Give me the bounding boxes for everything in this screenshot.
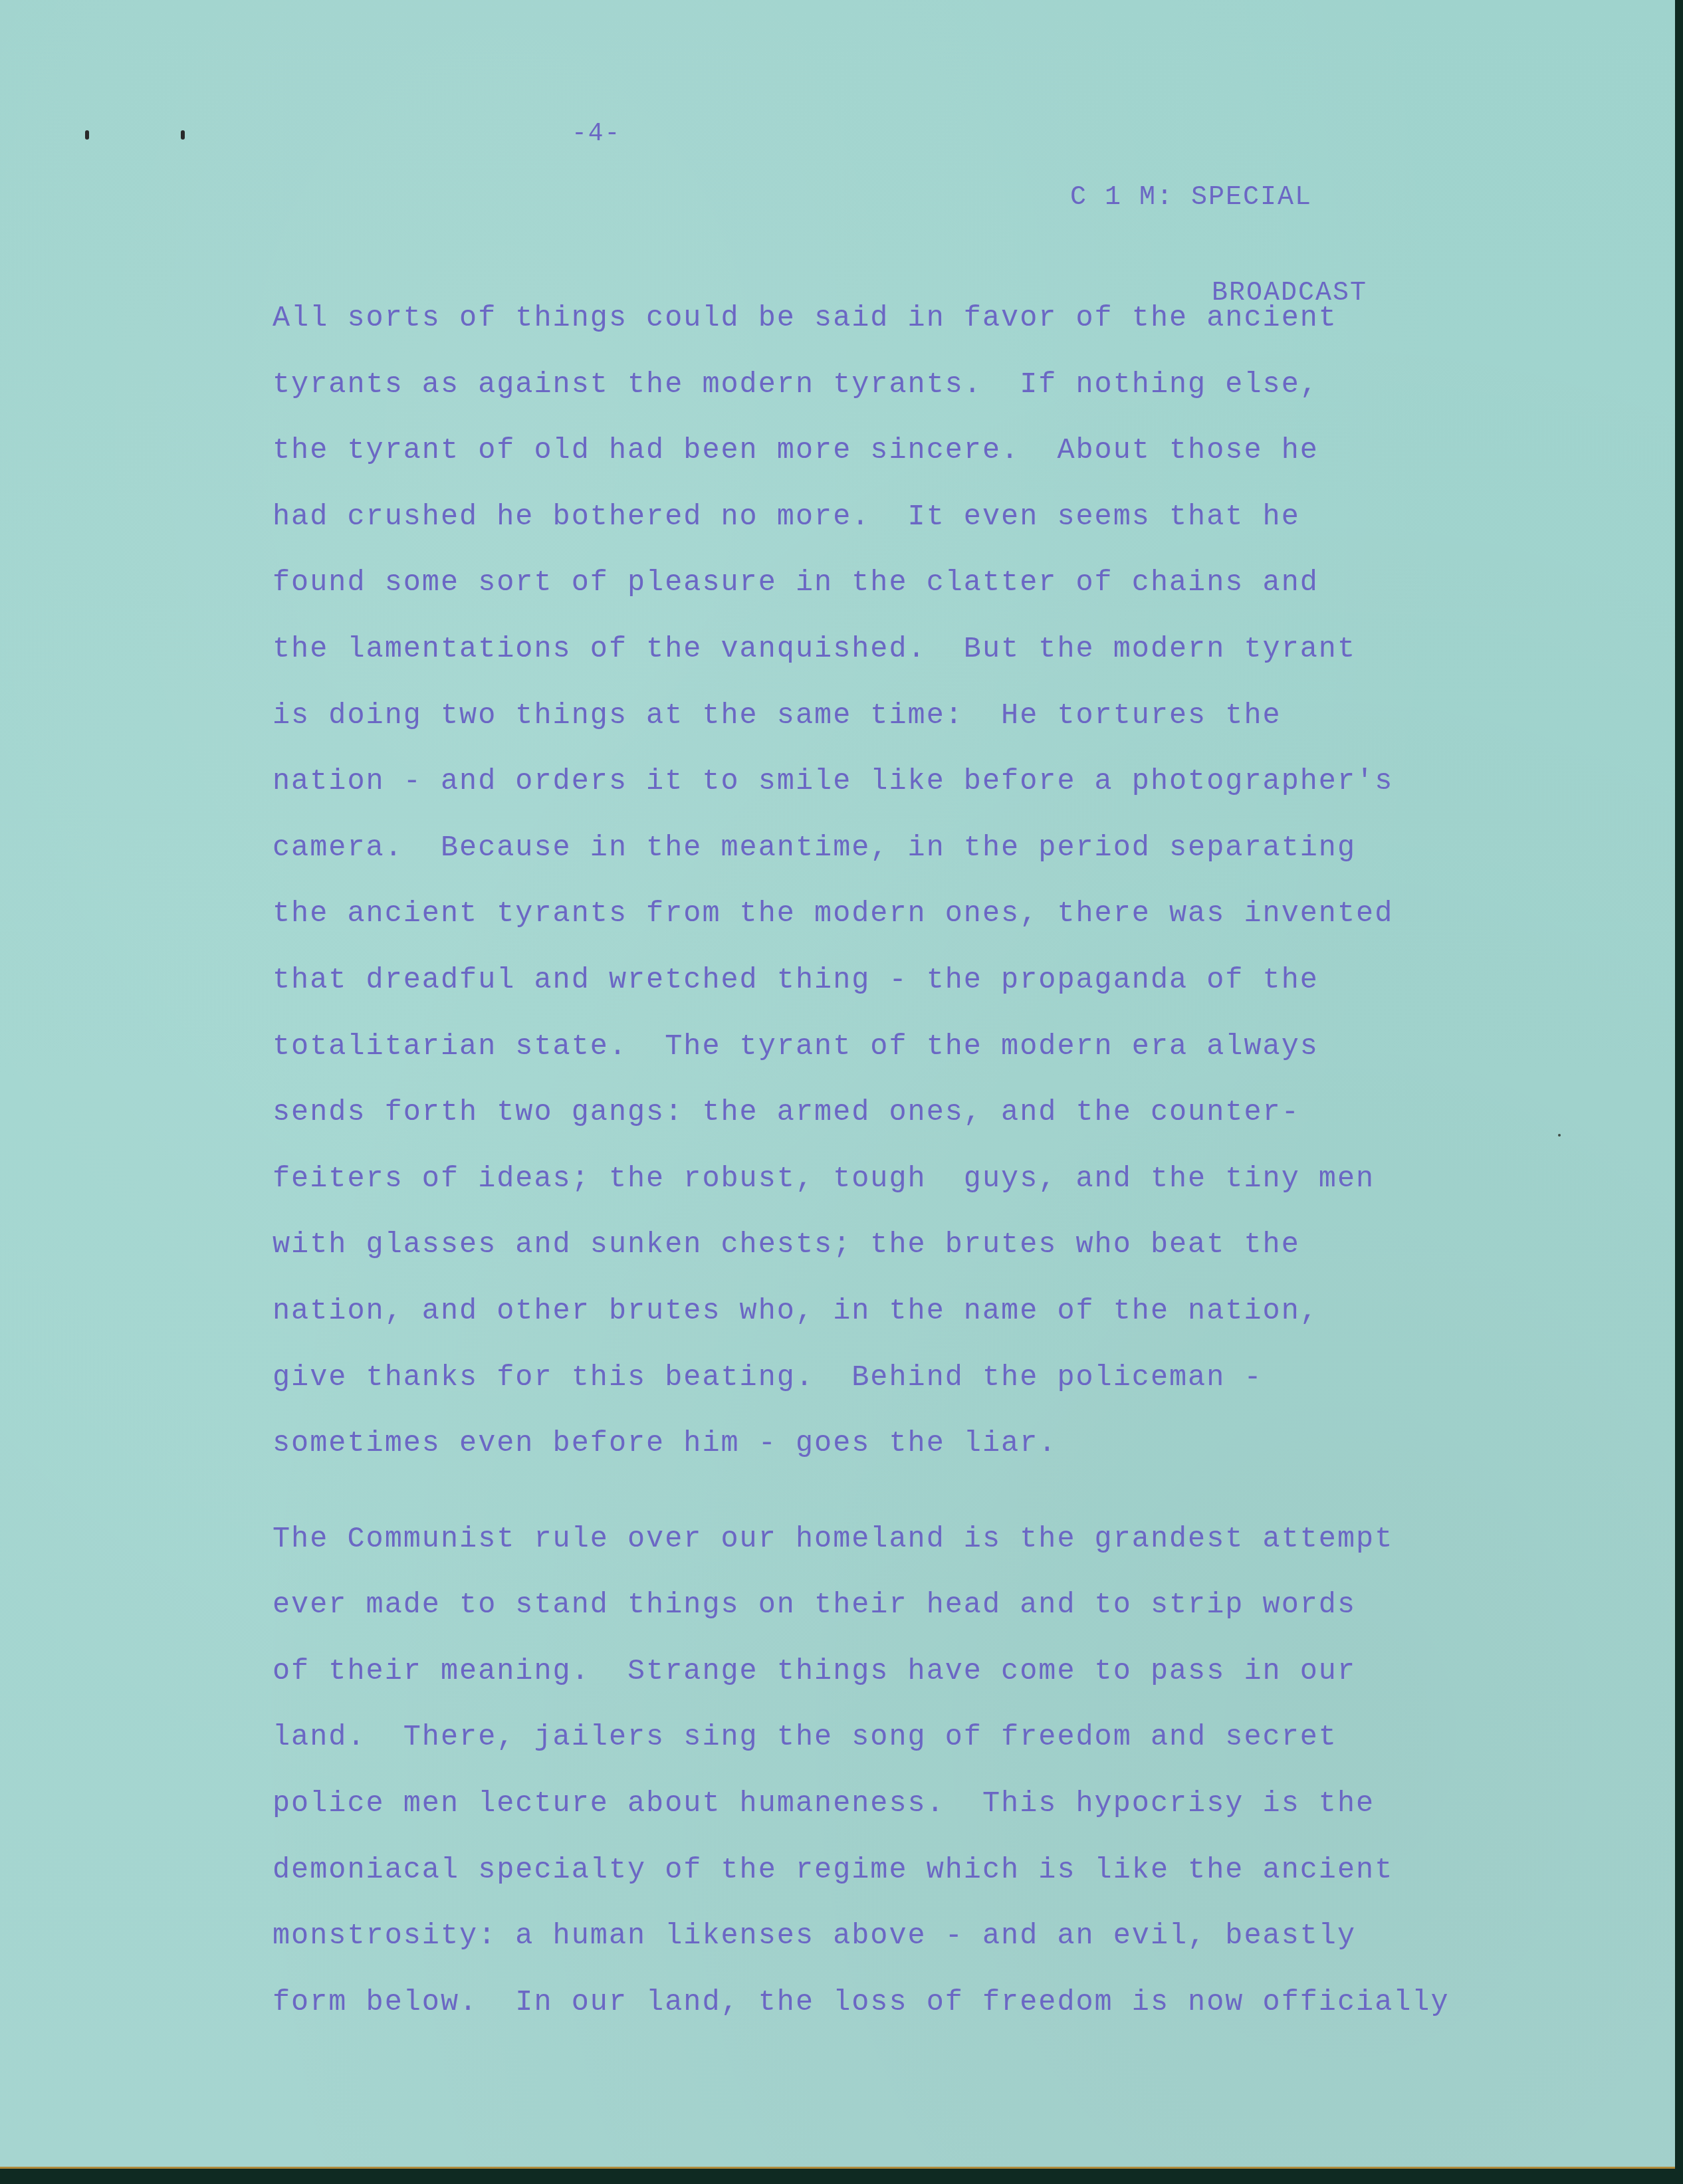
text-line: demoniacal specialty of the regime which… xyxy=(273,1838,1569,1904)
text-line: police men lecture about humaneness. Thi… xyxy=(273,1771,1569,1838)
text-line: ever made to stand things on their head … xyxy=(273,1573,1569,1639)
text-line: totalitarian state. The tyrant of the mo… xyxy=(273,1014,1569,1081)
paragraph-2: The Communist rule over our homeland is … xyxy=(273,1507,1569,2036)
text-line: nation - and orders it to smile like bef… xyxy=(273,749,1569,816)
text-line: land. There, jailers sing the song of fr… xyxy=(273,1705,1569,1771)
binder-hole-mark xyxy=(181,130,185,140)
text-line: sends forth two gangs: the armed ones, a… xyxy=(273,1080,1569,1147)
text-line: camera. Because in the meantime, in the … xyxy=(273,816,1569,882)
header-line-program: C 1 M: SPECIAL xyxy=(1070,182,1367,214)
document-body: All sorts of things could be said in fav… xyxy=(273,286,1569,2036)
text-line: tyrants as against the modern tyrants. I… xyxy=(273,352,1569,419)
text-line: the tyrant of old had been more sincere.… xyxy=(273,418,1569,485)
binder-hole-mark xyxy=(85,130,89,140)
text-line: had crushed he bothered no more. It even… xyxy=(273,485,1569,551)
text-line: is doing two things at the same time: He… xyxy=(273,683,1569,750)
text-line: with glasses and sunken chests; the brut… xyxy=(273,1212,1569,1279)
text-line: nation, and other brutes who, in the nam… xyxy=(273,1279,1569,1345)
page-number: -4- xyxy=(572,120,621,148)
text-line: feiters of ideas; the robust, tough guys… xyxy=(273,1147,1569,1213)
text-line: found some sort of pleasure in the clatt… xyxy=(273,550,1569,617)
paragraph-1: All sorts of things could be said in fav… xyxy=(273,286,1569,1477)
text-line: that dreadful and wretched thing - the p… xyxy=(273,948,1569,1014)
text-line: sometimes even before him - goes the lia… xyxy=(273,1411,1569,1477)
typed-page: -4- C 1 M: SPECIAL BROADCAST All sorts o… xyxy=(0,0,1675,2169)
text-line: All sorts of things could be said in fav… xyxy=(273,286,1569,352)
text-line: The Communist rule over our homeland is … xyxy=(273,1507,1569,1573)
text-line: form below. In our land, the loss of fre… xyxy=(273,1970,1569,2036)
text-line: the lamentations of the vanquished. But … xyxy=(273,617,1569,683)
text-line: the ancient tyrants from the modern ones… xyxy=(273,881,1569,948)
text-line: give thanks for this beating. Behind the… xyxy=(273,1345,1569,1412)
text-line: monstrosity: a human likenses above - an… xyxy=(273,1904,1569,1970)
text-line: of their meaning. Strange things have co… xyxy=(273,1639,1569,1705)
